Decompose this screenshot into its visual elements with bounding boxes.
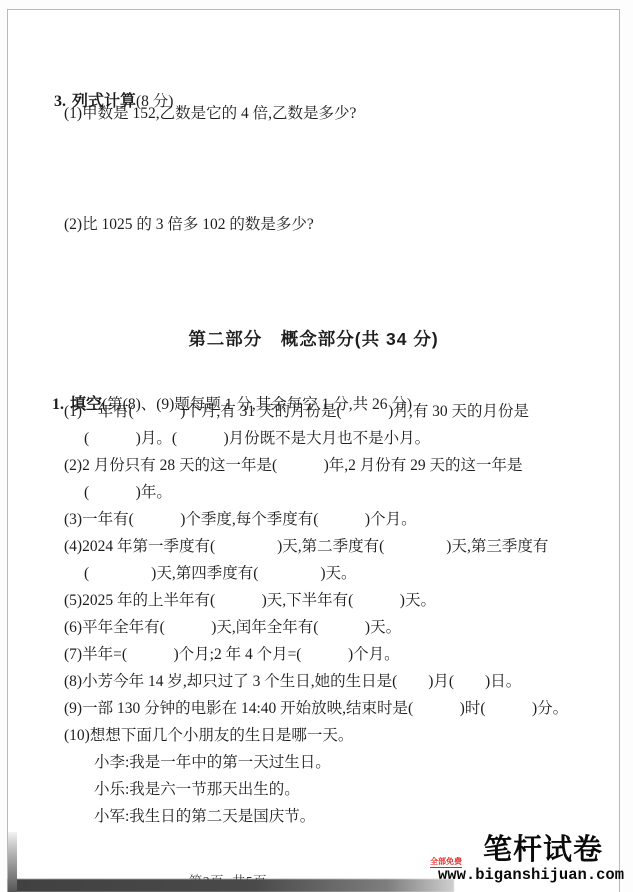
fill-line-1: (1)一年有( )个月,有 31 天的月份是( )月,有 30 天的月份是: [8, 398, 621, 425]
fill-line-10b: 小乐:我是六一节那天出生的。: [8, 776, 621, 803]
watermark-brand: 笔杆试卷: [438, 834, 603, 866]
watermark: 全部免费 笔杆试卷 www.biganshijuan.com: [438, 834, 603, 884]
fill-line-6: (6)平年全年有( )天,闰年全年有( )天。: [8, 614, 621, 641]
part2-heading: 第二部分 概念部分(共 34 分): [8, 326, 619, 351]
fill-line-3: (3)一年有( )个季度,每个季度有( )个月。: [8, 506, 621, 533]
fill-line-10c: 小军:我生日的第二天是国庆节。: [8, 803, 621, 830]
watermark-url: www.biganshijuan.com: [438, 866, 603, 884]
watermark-free-tag: 全部免费: [430, 856, 462, 868]
fill-line-2b: ( )年。: [8, 479, 621, 506]
fill-line-5: (5)2025 年的上半年有( )天,下半年有( )天。: [8, 587, 621, 614]
fill-line-4b: ( )天,第四季度有( )天。: [8, 560, 621, 587]
scan-shadow-left-edge: [8, 832, 17, 892]
fill-line-10: (10)想想下面几个小朋友的生日是哪一天。: [8, 722, 621, 749]
fill-in-questions: (1)一年有( )个月,有 31 天的月份是( )月,有 30 天的月份是 ( …: [8, 398, 621, 830]
fill-line-8: (8)小芳今年 14 岁,却只过了 3 个生日,她的生日是( )月( )日。: [8, 668, 621, 695]
scan-shadow-bottom: [8, 879, 454, 892]
fill-line-9: (9)一部 130 分钟的电影在 14:40 开始放映,结束时是( )时( )分…: [8, 695, 621, 722]
fill-line-4: (4)2024 年第一季度有( )天,第二季度有( )天,第三季度有: [8, 533, 621, 560]
exam-page-frame: 3.列式计算(8 分) (1)甲数是 152,乙数是它的 4 倍,乙数是多少? …: [7, 9, 620, 892]
fill-line-10a: 小李:我是一年中的第一天过生日。: [8, 749, 621, 776]
calc-problem-2: (2)比 1025 的 3 倍多 102 的数是多少?: [64, 212, 314, 234]
calc-problem-1: (1)甲数是 152,乙数是它的 4 倍,乙数是多少?: [64, 101, 356, 123]
fill-line-2: (2)2 月份只有 28 天的这一年是( )年,2 月份有 29 天的这一年是: [8, 452, 621, 479]
fill-line-1b: ( )月。( )月份既不是大月也不是小月。: [8, 425, 621, 452]
fill-line-7: (7)半年=( )个月;2 年 4 个月=( )个月。: [8, 641, 621, 668]
